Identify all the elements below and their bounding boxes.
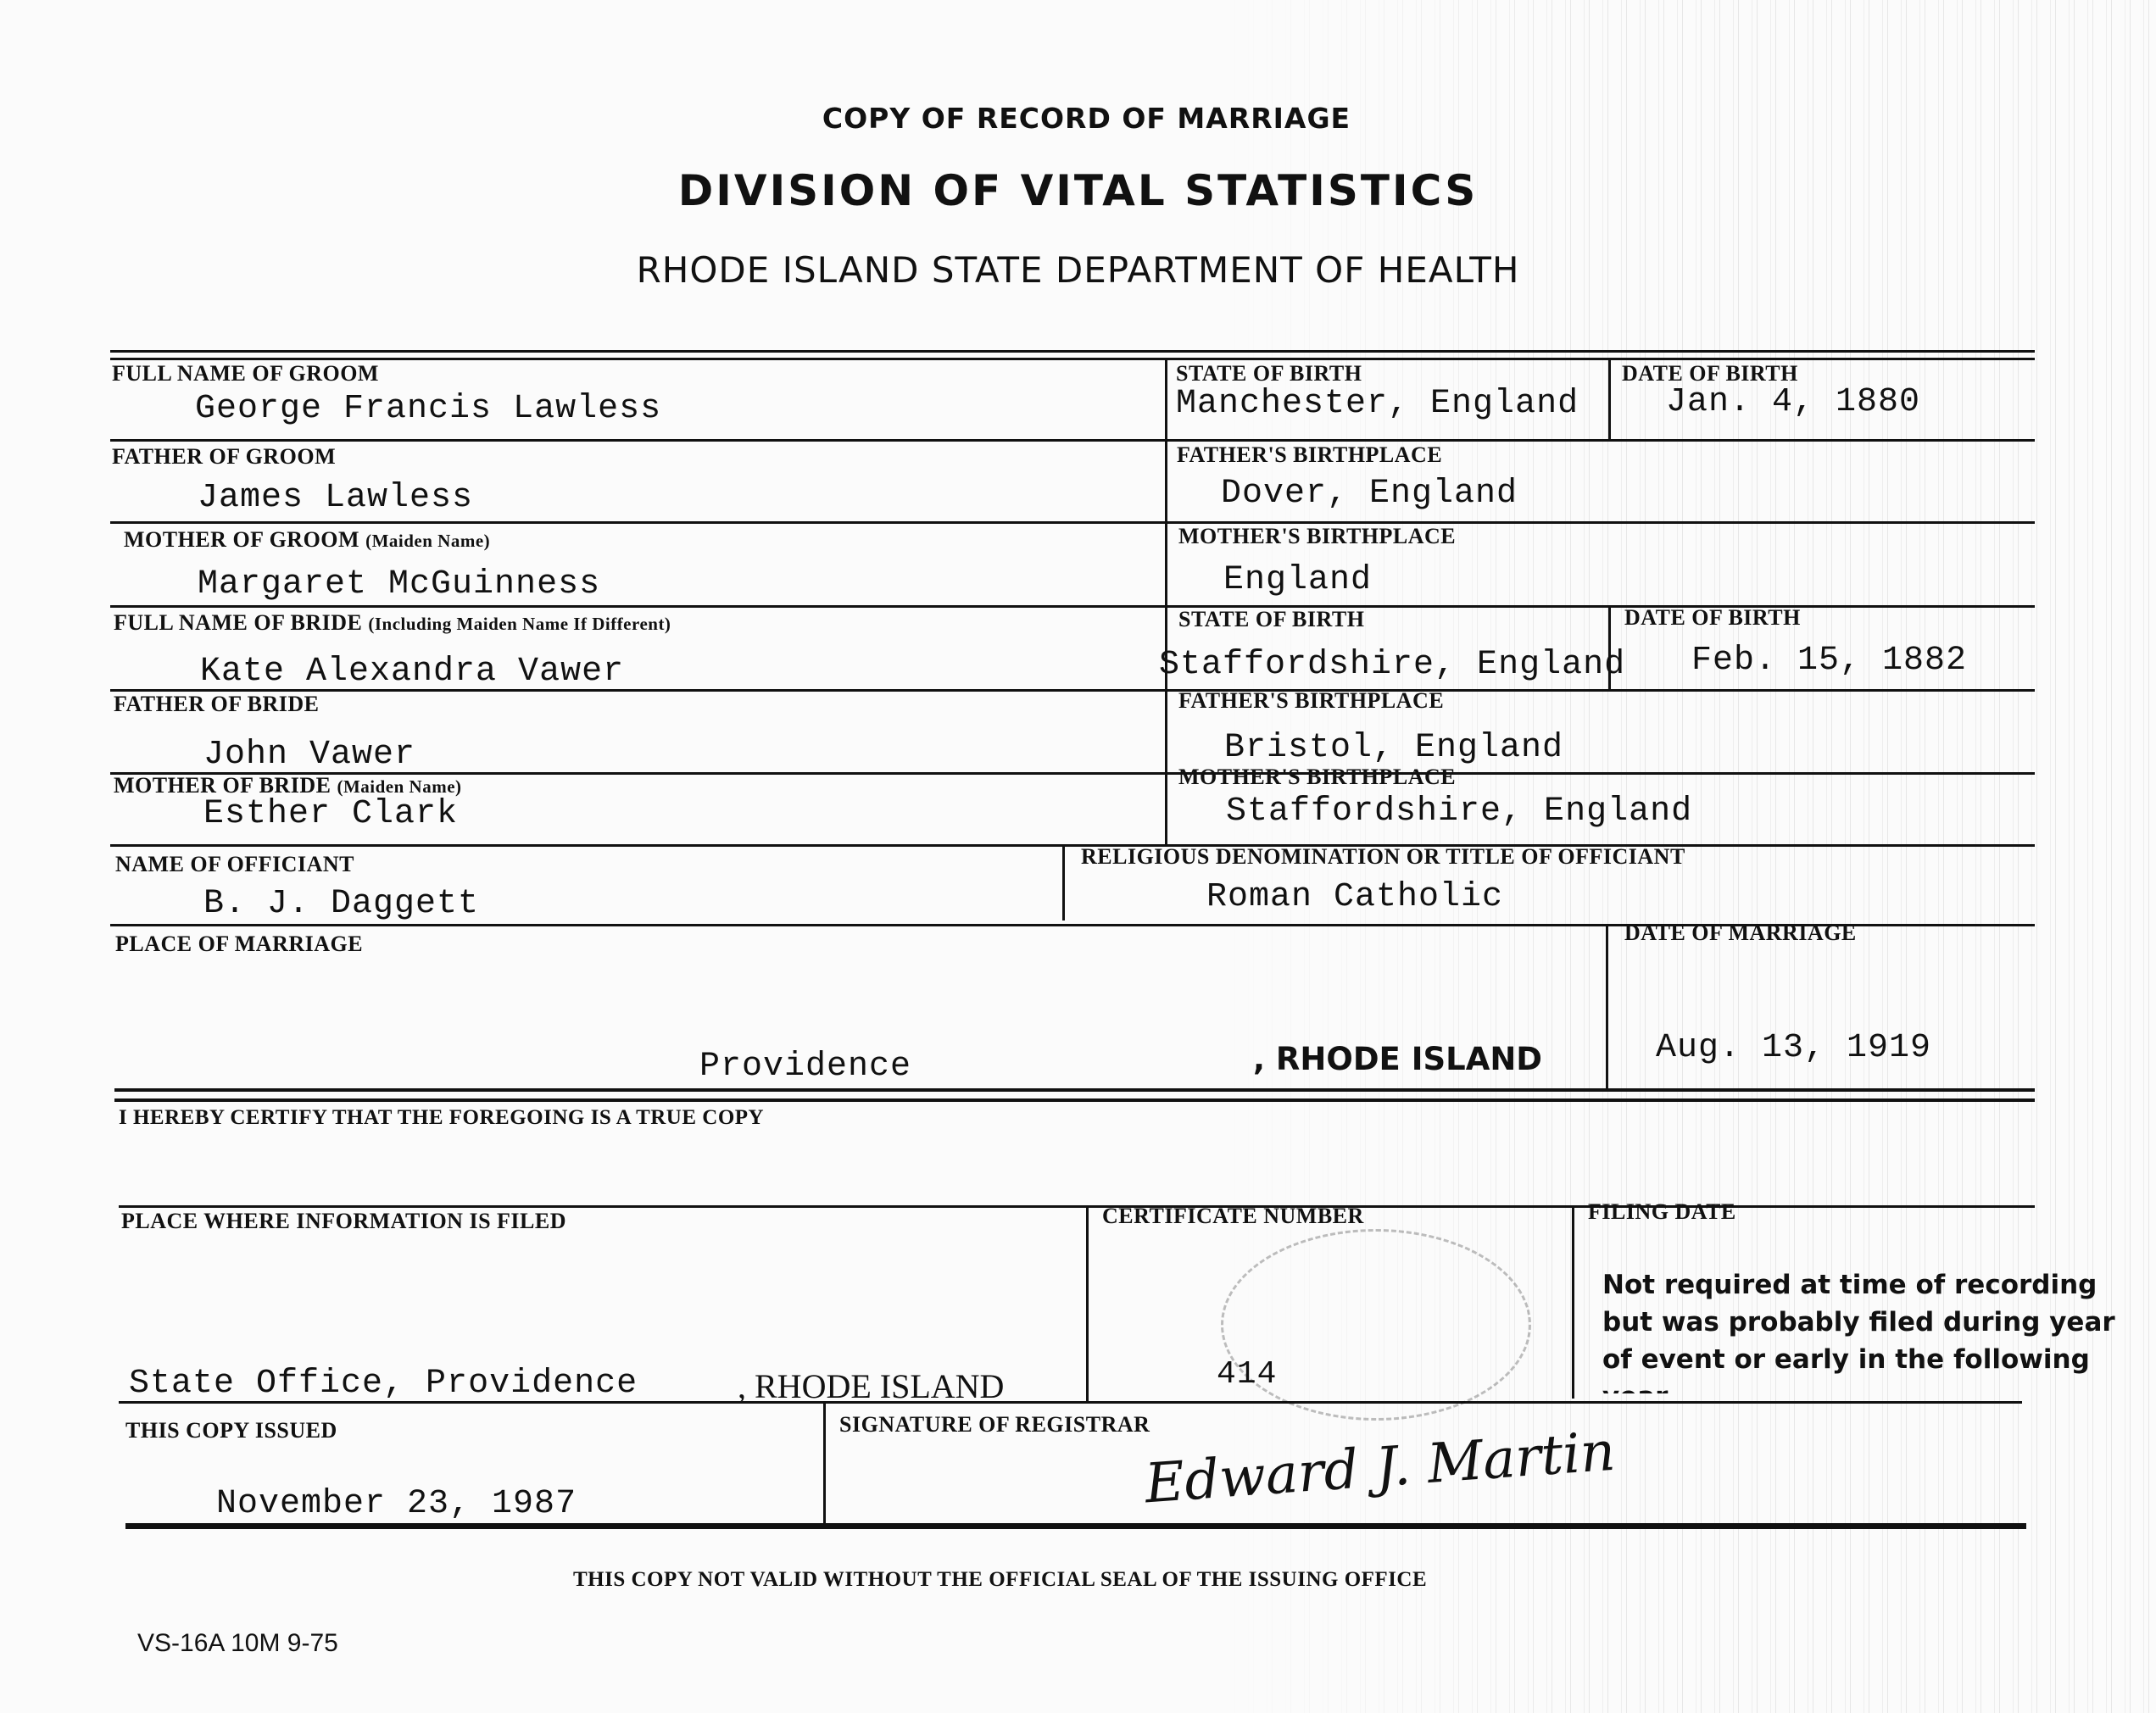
bride-father-birthplace-value: Bristol, England <box>1224 729 1563 767</box>
officiant-name-label: NAME OF OFFICIANT <box>115 852 354 877</box>
rule-row-6 <box>110 844 2035 847</box>
divider-signature <box>823 1403 826 1523</box>
department-title: RHODE ISLAND STATE DEPARTMENT OF HEALTH <box>0 249 2156 291</box>
division-title: DIVISION OF VITAL STATISTICS <box>0 166 2156 215</box>
officiant-name-value: B. J. Daggett <box>203 885 479 923</box>
rule-row-1 <box>110 439 2035 442</box>
groom-name-value: George Francis Lawless <box>195 390 661 428</box>
bride-name-label-text: FULL NAME OF BRIDE <box>114 610 362 635</box>
marriage-place-label: PLACE OF MARRIAGE <box>115 932 363 957</box>
form-code: VS-16A 10M 9-75 <box>137 1629 338 1658</box>
bride-state-of-birth-label: STATE OF BIRTH <box>1178 607 1364 632</box>
bride-name-label: FULL NAME OF BRIDE (Including Maiden Nam… <box>114 610 671 636</box>
marriage-state-value: , RHODE ISLAND <box>1253 1041 1542 1077</box>
rule-double-2 <box>114 1098 2035 1102</box>
groom-mother-label: MOTHER OF GROOM (Maiden Name) <box>124 527 490 553</box>
filing-date-value: Not required at time of recording but wa… <box>1602 1266 2128 1393</box>
divider-right-column <box>1165 358 1167 845</box>
record-title: COPY OF RECORD OF MARRIAGE <box>0 102 2156 135</box>
groom-father-birthplace-label: FATHER'S BIRTHPLACE <box>1177 442 1442 468</box>
groom-mother-value: Margaret McGuinness <box>198 565 600 603</box>
bride-mother-label-text: MOTHER OF BRIDE <box>114 773 331 798</box>
groom-name-label: FULL NAME OF GROOM <box>112 361 379 387</box>
certificate-number-value: 414 <box>1217 1356 1277 1393</box>
rule-bottom-thick <box>125 1523 2026 1529</box>
bride-date-of-birth-value: Feb. 15, 1882 <box>1691 642 1967 680</box>
groom-mother-label-note: (Maiden Name) <box>365 531 490 551</box>
marriage-date-value: Aug. 13, 1919 <box>1656 1029 1931 1067</box>
rule-row-2 <box>110 521 2035 524</box>
groom-state-of-birth-value: Manchester, England <box>1176 385 1579 423</box>
bride-mother-value: Esther Clark <box>203 795 458 833</box>
filed-place-label: PLACE WHERE INFORMATION IS FILED <box>121 1209 566 1234</box>
copy-issued-value: November 23, 1987 <box>216 1485 577 1523</box>
bride-name-value: Kate Alexandra Vawer <box>200 653 624 691</box>
certification-statement: I HEREBY CERTIFY THAT THE FOREGOING IS A… <box>119 1106 764 1130</box>
rule-double-1 <box>114 1088 2035 1092</box>
officiant-denomination-label: RELIGIOUS DENOMINATION OR TITLE OF OFFIC… <box>1081 844 1685 870</box>
bride-state-of-birth-value: Staffordshire, England <box>1159 646 1625 684</box>
filed-state-value: , RHODE ISLAND <box>738 1366 1004 1406</box>
signature-label: SIGNATURE OF REGISTRAR <box>839 1412 1150 1438</box>
groom-mother-birthplace-label: MOTHER'S BIRTHPLACE <box>1178 524 1456 549</box>
groom-state-of-birth-label: STATE OF BIRTH <box>1176 361 1362 387</box>
filing-date-label: FILING DATE <box>1588 1199 1736 1225</box>
bride-mother-birthplace-value: Staffordshire, England <box>1226 793 1692 831</box>
bride-father-value: John Vawer <box>203 736 415 774</box>
bride-date-of-birth-label: DATE OF BIRTH <box>1624 605 1801 631</box>
divider-certificate <box>1086 1208 1089 1401</box>
bride-mother-label-note: (Maiden Name) <box>337 776 461 797</box>
officiant-denomination-value: Roman Catholic <box>1206 878 1503 916</box>
divider-groom-dob <box>1608 360 1611 439</box>
marriage-record-document: COPY OF RECORD OF MARRIAGE DIVISION OF V… <box>0 0 2156 1713</box>
groom-father-value: James Lawless <box>198 479 473 517</box>
divider-officiant <box>1062 846 1065 920</box>
divider-date-of-marriage <box>1606 926 1608 1088</box>
rule-top-2 <box>110 358 2035 360</box>
certificate-number-label: CERTIFICATE NUMBER <box>1102 1204 1364 1229</box>
divider-filing-date <box>1572 1208 1574 1399</box>
rule-top-1 <box>110 350 2035 353</box>
marriage-date-label: DATE OF MARRIAGE <box>1624 920 1857 946</box>
validity-notice: THIS COPY NOT VALID WITHOUT THE OFFICIAL… <box>573 1568 1427 1592</box>
groom-date-of-birth-value: Jan. 4, 1880 <box>1666 383 1920 421</box>
bride-father-birthplace-label: FATHER'S BIRTHPLACE <box>1178 688 1444 714</box>
groom-father-birthplace-value: Dover, England <box>1221 475 1518 513</box>
filed-place-value: State Office, Providence <box>129 1365 638 1403</box>
bride-name-label-note: (Including Maiden Name If Different) <box>368 614 671 634</box>
rule-filing-top <box>119 1205 2035 1208</box>
groom-father-label: FATHER OF GROOM <box>112 444 336 470</box>
groom-mother-birthplace-value: England <box>1223 561 1372 599</box>
bride-father-label: FATHER OF BRIDE <box>114 692 319 717</box>
copy-issued-label: THIS COPY ISSUED <box>125 1418 337 1443</box>
groom-mother-label-text: MOTHER OF GROOM <box>124 527 359 552</box>
bride-mother-birthplace-label: MOTHER'S BIRTHPLACE <box>1178 765 1456 790</box>
marriage-place-value: Providence <box>699 1048 911 1086</box>
